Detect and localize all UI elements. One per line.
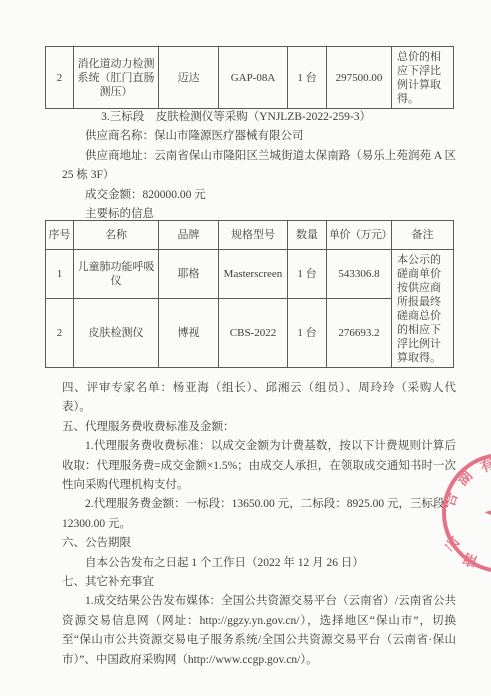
cell-seq: 1: [46, 250, 74, 299]
section-seven-title: 七、其它补充事宜: [62, 573, 456, 592]
scanned-procurement-announcement-page: 2 消化道动力检测系统（肛门直肠测压） 迈达 GAP-08A 1 台 29750…: [0, 0, 491, 696]
seal-star-icon: [482, 492, 491, 531]
cell-price: 543306.8: [327, 250, 392, 299]
supplier-address-line: 供应商地址：云南省保山市隆阳区兰城街道太保南路（易乐上苑润苑 A 区 25 栋 …: [62, 147, 456, 186]
publish-media: 1.成交结果公告发布媒体：全国公共资源交易平台（云南省）/云南省公共资源交易信息…: [62, 592, 456, 670]
cell-brand: 耶格: [159, 250, 219, 299]
cell-model: CBS-2022: [219, 298, 288, 367]
header-unit-price: 单价（万元）: [327, 221, 392, 250]
seal-arc-char: 南: [460, 549, 479, 570]
lot3-items-table: 序号 名称 品牌 规格型号 数量 单价（万元） 备注 1 儿童肺功能呼吸仪 耶格…: [45, 220, 454, 368]
cell-item-name: 消化道动力检测系统（肛门直肠测压）: [74, 47, 159, 109]
cell-qty: 1 台: [288, 47, 327, 109]
table-header-row: 序号 名称 品牌 规格型号 数量 单价（万元） 备注: [46, 221, 454, 250]
cell-model: Masterscreen: [219, 250, 288, 299]
cell-item-name: 皮肤检测仪: [74, 298, 159, 367]
agency-fee-amounts: 2.代理服务费金额：一标段：13650.00 元，二标段：8925.00 元，三…: [62, 495, 456, 534]
agency-fee-standard: 1.代理服务费收费标准：以成交金额为计费基数，按以下计费规则计算后收取：代理服务…: [62, 437, 456, 495]
section-four-experts: 四、评审专家名单：杨亚海（组长）、邱湘云（组员）、周玲玲（采购人代表）。: [62, 379, 456, 418]
cell-seq: 2: [46, 47, 74, 109]
announcement-sections: 四、评审专家名单：杨亚海（组长）、邱湘云（组员）、周玲玲（采购人代表）。 五、代…: [62, 379, 456, 670]
cell-price: 297500.00: [327, 47, 392, 109]
cell-brand: 迈达: [159, 47, 219, 109]
section-six-title: 六、公告期限: [62, 534, 456, 553]
seal-arc-char: 湖: [454, 467, 476, 489]
table-row: 1 儿童肺功能呼吸仪 耶格 Masterscreen 1 台 543306.8 …: [46, 250, 454, 299]
section-five-title: 五、代理服务费收费标准及金额：: [62, 418, 456, 437]
lot3-title: 3.三标段 皮肤检测仪等采购（YNJLZB-2022-259-3）: [62, 108, 456, 127]
header-brand: 品牌: [159, 221, 219, 250]
header-model: 规格型号: [219, 221, 288, 250]
cell-item-name: 儿童肺功能呼吸仪: [74, 250, 159, 299]
lot2-items-table: 2 消化道动力检测系统（肛门直肠测压） 迈达 GAP-08A 1 台 29750…: [45, 46, 454, 109]
deal-amount-line: 成交金额：820000.00 元: [62, 186, 456, 205]
supplier-name-line: 供应商名称：保山市隆源医疗器械有限公司: [62, 127, 456, 146]
cell-note: 总价的相应下浮比例计算取得。: [392, 47, 454, 109]
cell-seq: 2: [46, 298, 74, 367]
cell-qty: 1 台: [288, 250, 327, 299]
header-qty: 数量: [288, 221, 327, 250]
header-name: 名称: [74, 221, 159, 250]
cell-model: GAP-08A: [219, 47, 288, 109]
table-row: 2 消化道动力检测系统（肛门直肠测压） 迈达 GAP-08A 1 台 29750…: [46, 47, 454, 109]
cell-merged-note: 本公示的磋商单价按供应商所报最终磋商总价的相应下浮比例计算取得。: [392, 250, 454, 368]
lot3-section: 3.三标段 皮肤检测仪等采购（YNJLZB-2022-259-3） 供应商名称：…: [62, 108, 456, 224]
header-note: 备注: [392, 221, 454, 250]
header-seq: 序号: [46, 221, 74, 250]
cell-brand: 博视: [159, 298, 219, 367]
cell-qty: 1 台: [288, 298, 327, 367]
announcement-period: 自本公告发布之日起 1 个工作日（2022 年 12 月 26 日）: [62, 554, 456, 573]
cell-price: 276693.2: [327, 298, 392, 367]
seal-arc-char: 有: [478, 455, 491, 476]
